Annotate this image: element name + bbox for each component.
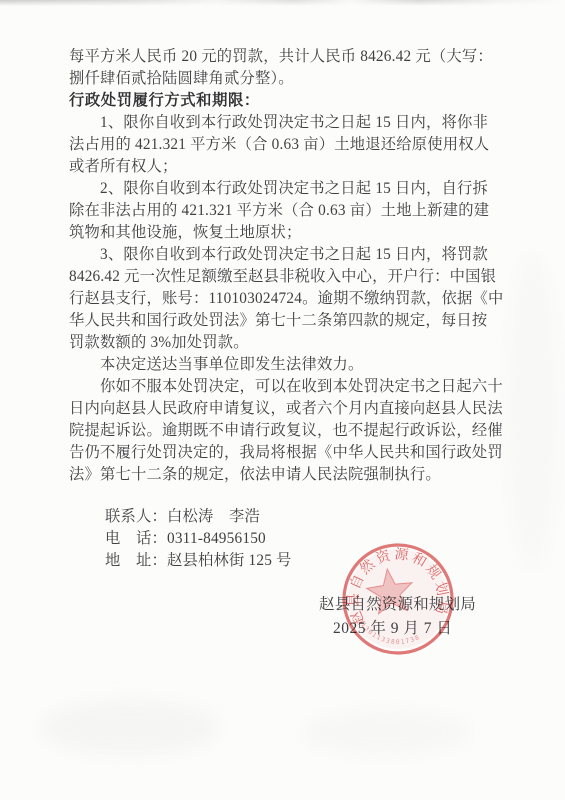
document-body: 每平方米人民币 20 元的罚款，共计人民币 8426.42 元（大写：捌仟肆佰贰… (69, 46, 521, 572)
document-line: 2、限你自收到本行政处罚决定书之日起 15 日内，自行拆 (69, 178, 521, 200)
document-line: 罚款数额的 3%加处罚款。 (69, 332, 521, 354)
document-lines: 每平方米人民币 20 元的罚款，共计人民币 8426.42 元（大写：捌仟肆佰贰… (69, 46, 521, 486)
document-line: 华人民共和国行政处罚法》第七十二条第四款的规定，每日按 (69, 310, 521, 332)
document-line: 院提起诉讼。逾期既不申请行政复议，也不提起行政诉讼，经催 (69, 420, 521, 442)
scan-smudge (300, 710, 470, 755)
official-seal: 赵县自然资源和规划局 1301133801738 (311, 512, 485, 686)
document-line: 行赵县支行，账号：110103024724。逾期不缴纳罚款，依据《中 (69, 288, 521, 310)
document-line: 1、限你自收到本行政处罚决定书之日起 15 日内，将你非 (69, 112, 521, 134)
document-line: 法占用的 421.321 平方米（合 0.63 亩）土地退还给原使用权人 (69, 134, 521, 156)
document-line: 本决定送达当事单位即发生法律效力。 (69, 354, 521, 376)
scan-artifact-top (0, 0, 565, 6)
document-line: 告仍不履行处罚决定的，我局将根据《中华人民共和国行政处罚 (69, 442, 521, 464)
scan-smudge (40, 700, 220, 755)
document-line: 捌仟肆佰贰拾陆圆肆角贰分整）。 (69, 68, 521, 90)
document-line: 8426.42 元一次性足额缴至赵县非税收入中心，开户行：中国银 (69, 266, 521, 288)
document-line: 除在非法占用的 421.321 平方米（合 0.63 亩）土地上新建的建 (69, 200, 521, 222)
document-line: 法》第七十二条的规定，依法申请人民法院强制执行。 (69, 464, 521, 486)
document-line: 3、限你自收到本行政处罚决定书之日起 15 日内，将罚款 (69, 244, 521, 266)
scanned-document-page: { "colors": { "text": "#404043", "seal_r… (0, 0, 565, 800)
document-line: 日内向赵县人民政府申请复议，或者六个月内直接向赵县人民法 (69, 398, 521, 420)
document-line: 或者所有权人； (69, 156, 521, 178)
document-line: 你如不服本处罚决定，可以在收到本处罚决定书之日起六十 (69, 376, 521, 398)
document-line: 筑物和其他设施，恢复土地原状； (69, 222, 521, 244)
document-line: 行政处罚履行方式和期限： (69, 90, 521, 112)
document-line: 每平方米人民币 20 元的罚款，共计人民币 8426.42 元（大写： (69, 46, 521, 68)
